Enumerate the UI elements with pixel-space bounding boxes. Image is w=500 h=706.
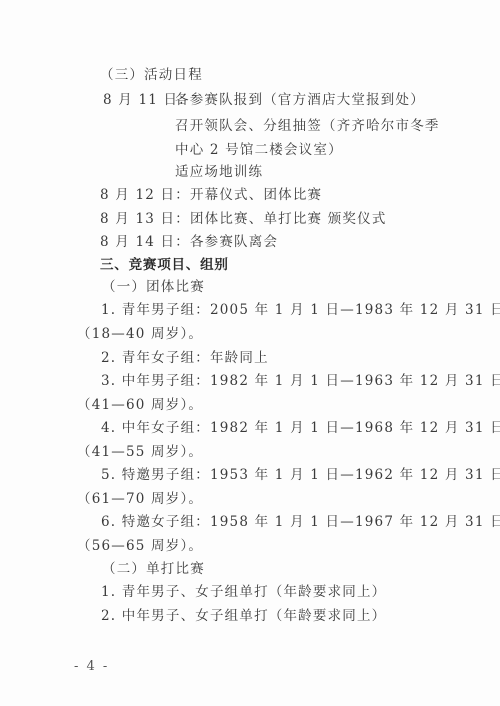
schedule-aug11-item2-cont: 中心 2 号馆二楼会议室） [175,142,343,158]
section3-heading: 三、竞赛项目、组别 [100,257,229,273]
team-item-4-line1: 4. 中年女子组：1982 年 1 月 1 日—1968 年 12 月 31 日 [101,420,500,436]
schedule-heading: （三）活动日程 [100,67,203,83]
schedule-aug14: 8 月 14 日：各参赛队离会 [100,234,278,250]
team-item-5-line1: 5. 特邀男子组：1953 年 1 月 1 日—1962 年 12 月 31 日 [101,467,500,483]
singles-heading: （二）单打比赛 [102,561,205,577]
singles-item-1: 1. 青年男子、女子组单打（年龄要求同上） [101,584,386,600]
page-number: - 4 - [74,659,109,674]
team-item-3-line2: （41—60 周岁）。 [77,397,203,413]
team-item-6-line2: （56—65 周岁）。 [77,538,203,554]
team-item-6-line1: 6. 特邀女子组：1958 年 1 月 1 日—1967 年 12 月 31 日 [101,514,500,530]
team-heading: （一）团体比赛 [102,279,205,295]
singles-item-2: 2. 中年男子、女子组单打（年龄要求同上） [101,608,386,624]
team-item-1-line1: 1. 青年男子组：2005 年 1 月 1 日—1983 年 12 月 31 日 [101,302,500,318]
schedule-aug11-item1: 各参赛队报到（官方酒店大堂报到处） [175,92,425,108]
team-item-5-line2: （61—70 周岁）。 [77,491,203,507]
schedule-aug12: 8 月 12 日：开幕仪式、团体比赛 [100,187,322,203]
team-item-3-line1: 3. 中年男子组：1982 年 1 月 1 日—1963 年 12 月 31 日 [101,373,500,389]
team-item-1-line2: （18—40 周岁）。 [77,326,203,342]
schedule-aug11-item3: 适应场地训练 [175,164,263,180]
team-item-2-line1: 2. 青年女子组：年龄同上 [101,350,269,366]
schedule-aug11-item2: 召开领队会、分组抽签（齐齐哈尔市冬季 [175,118,440,134]
team-item-4-line2: （41—55 周岁）。 [77,444,203,460]
schedule-aug13: 8 月 13 日：团体比赛、单打比赛 颁奖仪式 [100,211,387,227]
